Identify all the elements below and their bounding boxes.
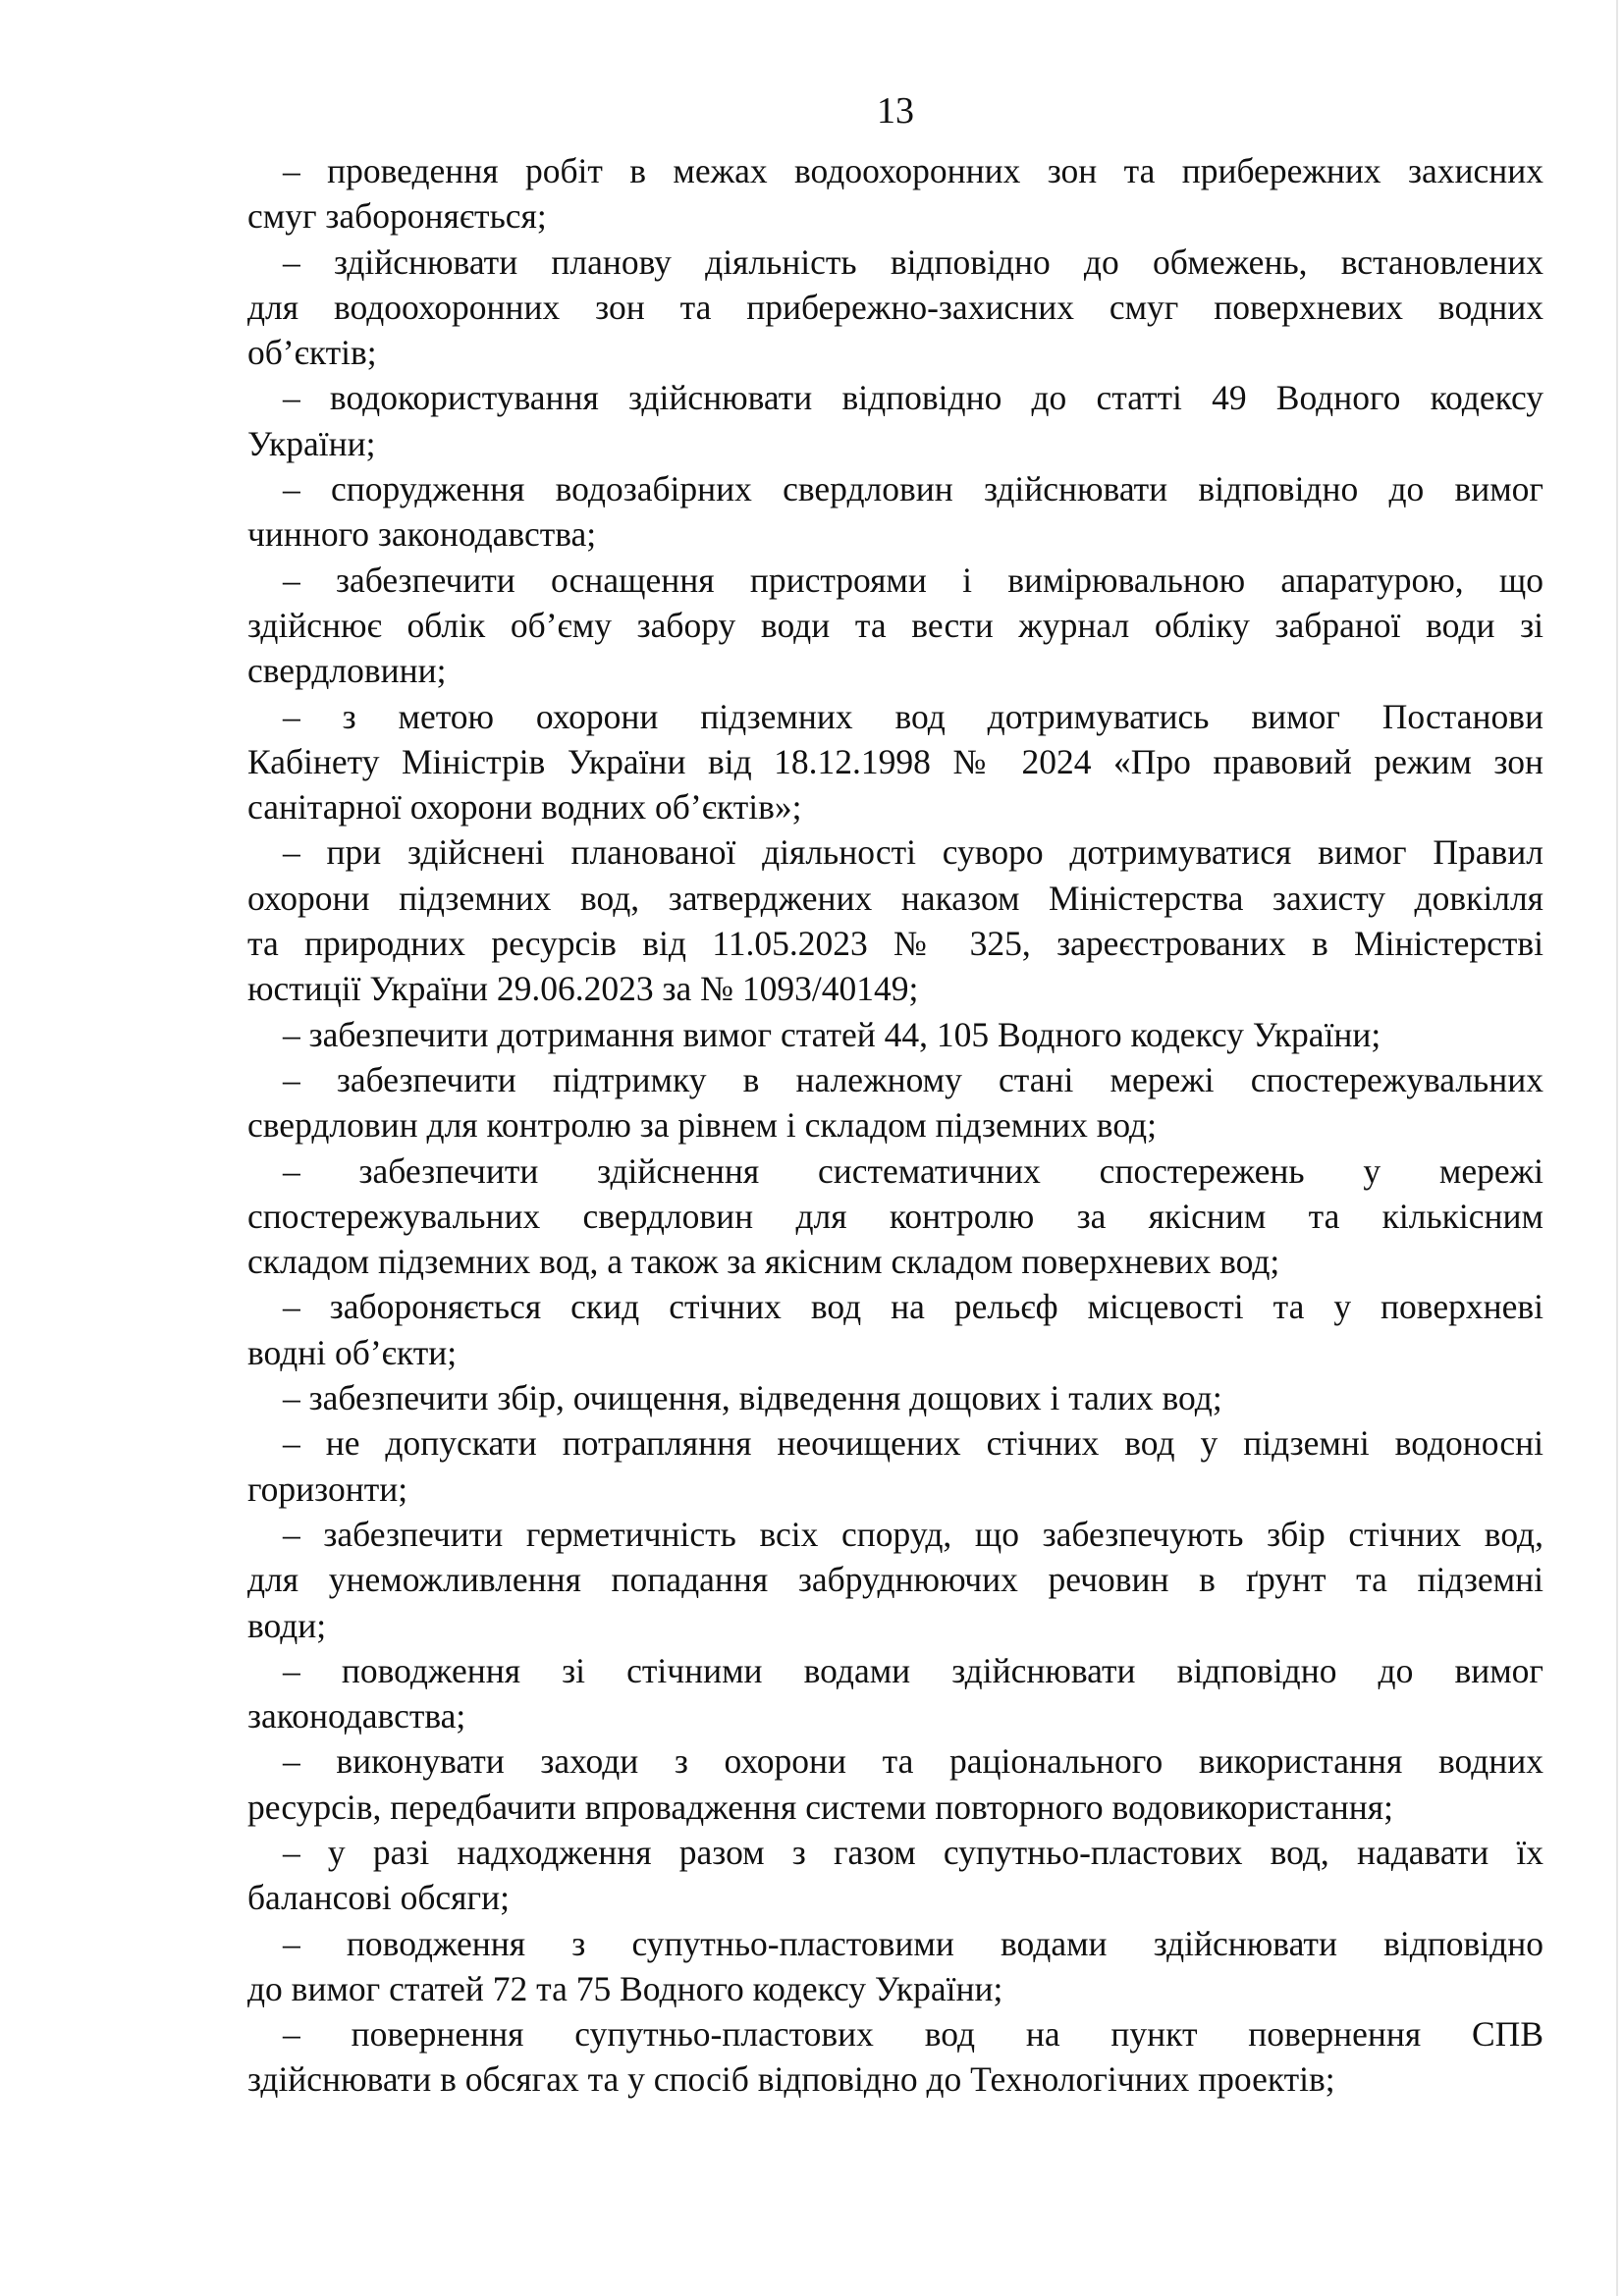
paragraph-line: свердловини; (247, 648, 1543, 693)
paragraph-first-line: – здійснювати планову діяльність відпові… (247, 240, 1543, 285)
paragraph-first-line: – виконувати заходи з охорони та раціона… (247, 1738, 1543, 1784)
document-body: – проведення робіт в межах водоохоронних… (247, 148, 1543, 2103)
paragraph-first-line: – спорудження водозабірних свердловин зд… (247, 466, 1543, 511)
paragraph-first-line: – повернення супутньо-пластових вод на п… (247, 2011, 1543, 2056)
paragraph-line: горизонти; (247, 1467, 1543, 1512)
paragraph-first-line: – забезпечити герметичність всіх споруд,… (247, 1512, 1543, 1557)
paragraph-line: складом підземних вод, а також за якісни… (247, 1239, 1543, 1284)
paragraph-line: для водоохоронних зон та прибережно-захи… (247, 285, 1543, 330)
list-item-requirement: – спорудження водозабірних свердловин зд… (247, 466, 1543, 558)
list-item-requirement: – забезпечити збір, очищення, відведення… (247, 1375, 1543, 1420)
paragraph-first-line: – забезпечити дотримання вимог статей 44… (247, 1012, 1543, 1057)
paragraph-first-line: – забороняється скид стічних вод на рель… (247, 1284, 1543, 1329)
paragraph-line: чинного законодавства; (247, 511, 1543, 557)
list-item-requirement: – у разі надходження разом з газом супут… (247, 1830, 1543, 1921)
list-item-requirement: – не допускати потрапляння неочищених ст… (247, 1420, 1543, 1512)
paragraph-line: води; (247, 1603, 1543, 1648)
paragraph-first-line: – при здійснені планованої діяльності су… (247, 829, 1543, 875)
paragraph-line: смуг забороняється; (247, 193, 1543, 239)
paragraph-line: балансові обсяги; (247, 1875, 1543, 1920)
list-item-requirement: – поводження зі стічними водами здійснюв… (247, 1648, 1543, 1739)
paragraph-line: та природних ресурсів від 11.05.2023 № 3… (247, 921, 1543, 966)
list-item-requirement: – забезпечити дотримання вимог статей 44… (247, 1012, 1543, 1057)
paragraph-line: свердловин для контролю за рівнем і скла… (247, 1102, 1543, 1148)
paragraph-first-line: – забезпечити збір, очищення, відведення… (247, 1375, 1543, 1420)
paragraph-line: охорони підземних вод, затверджених нака… (247, 876, 1543, 921)
paragraph-line: до вимог статей 72 та 75 Водного кодексу… (247, 1966, 1543, 2011)
paragraph-line: водні об’єкти; (247, 1330, 1543, 1375)
paragraph-first-line: – з метою охорони підземних вод дотримув… (247, 694, 1543, 739)
list-item-requirement: – забезпечити оснащення пристроями і вим… (247, 558, 1543, 694)
paragraph-first-line: – не допускати потрапляння неочищених ст… (247, 1420, 1543, 1466)
paragraph-first-line: – водокористування здійснювати відповідн… (247, 375, 1543, 420)
scan-edge-line (1616, 0, 1618, 2296)
paragraph-first-line: – забезпечити підтримку в належному стан… (247, 1057, 1543, 1102)
list-item-requirement: – проведення робіт в межах водоохоронних… (247, 148, 1543, 240)
list-item-requirement: – при здійснені планованої діяльності су… (247, 829, 1543, 1011)
list-item-requirement: – забороняється скид стічних вод на рель… (247, 1284, 1543, 1375)
page-number: 13 (0, 88, 1624, 133)
list-item-requirement: – поводження з супутньо-пластовими водам… (247, 1921, 1543, 2012)
paragraph-line: ресурсів, передбачити впровадження систе… (247, 1785, 1543, 1830)
paragraph-first-line: – проведення робіт в межах водоохоронних… (247, 148, 1543, 193)
paragraph-line: Кабінету Міністрів України від 18.12.199… (247, 739, 1543, 784)
list-item-requirement: – здійснювати планову діяльність відпові… (247, 240, 1543, 376)
paragraph-line: для унеможливлення попадання забруднюючи… (247, 1557, 1543, 1602)
paragraph-first-line: – поводження зі стічними водами здійснюв… (247, 1648, 1543, 1693)
paragraph-first-line: – поводження з супутньо-пластовими водам… (247, 1921, 1543, 1966)
paragraph-first-line: – забезпечити оснащення пристроями і вим… (247, 558, 1543, 603)
paragraph-first-line: – забезпечити здійснення систематичних с… (247, 1148, 1543, 1194)
paragraph-line: юстиції України 29.06.2023 за № 1093/401… (247, 966, 1543, 1011)
paragraph-line: здійснює облік об’єму забору води та вес… (247, 603, 1543, 648)
paragraph-line: санітарної охорони водних об’єктів»; (247, 784, 1543, 829)
list-item-requirement: – забезпечити здійснення систематичних с… (247, 1148, 1543, 1285)
paragraph-line: об’єктів; (247, 330, 1543, 375)
list-item-requirement: – виконувати заходи з охорони та раціона… (247, 1738, 1543, 1830)
list-item-requirement: – з метою охорони підземних вод дотримув… (247, 694, 1543, 830)
paragraph-first-line: – у разі надходження разом з газом супут… (247, 1830, 1543, 1875)
list-item-requirement: – забезпечити герметичність всіх споруд,… (247, 1512, 1543, 1648)
list-item-requirement: – повернення супутньо-пластових вод на п… (247, 2011, 1543, 2103)
paragraph-line: України; (247, 421, 1543, 466)
paragraph-line: спостережувальних свердловин для контрол… (247, 1194, 1543, 1239)
list-item-requirement: – забезпечити підтримку в належному стан… (247, 1057, 1543, 1148)
list-item-requirement: – водокористування здійснювати відповідн… (247, 375, 1543, 466)
paragraph-line: законодавства; (247, 1693, 1543, 1738)
paragraph-line: здійснювати в обсягах та у спосіб відпов… (247, 2056, 1543, 2102)
